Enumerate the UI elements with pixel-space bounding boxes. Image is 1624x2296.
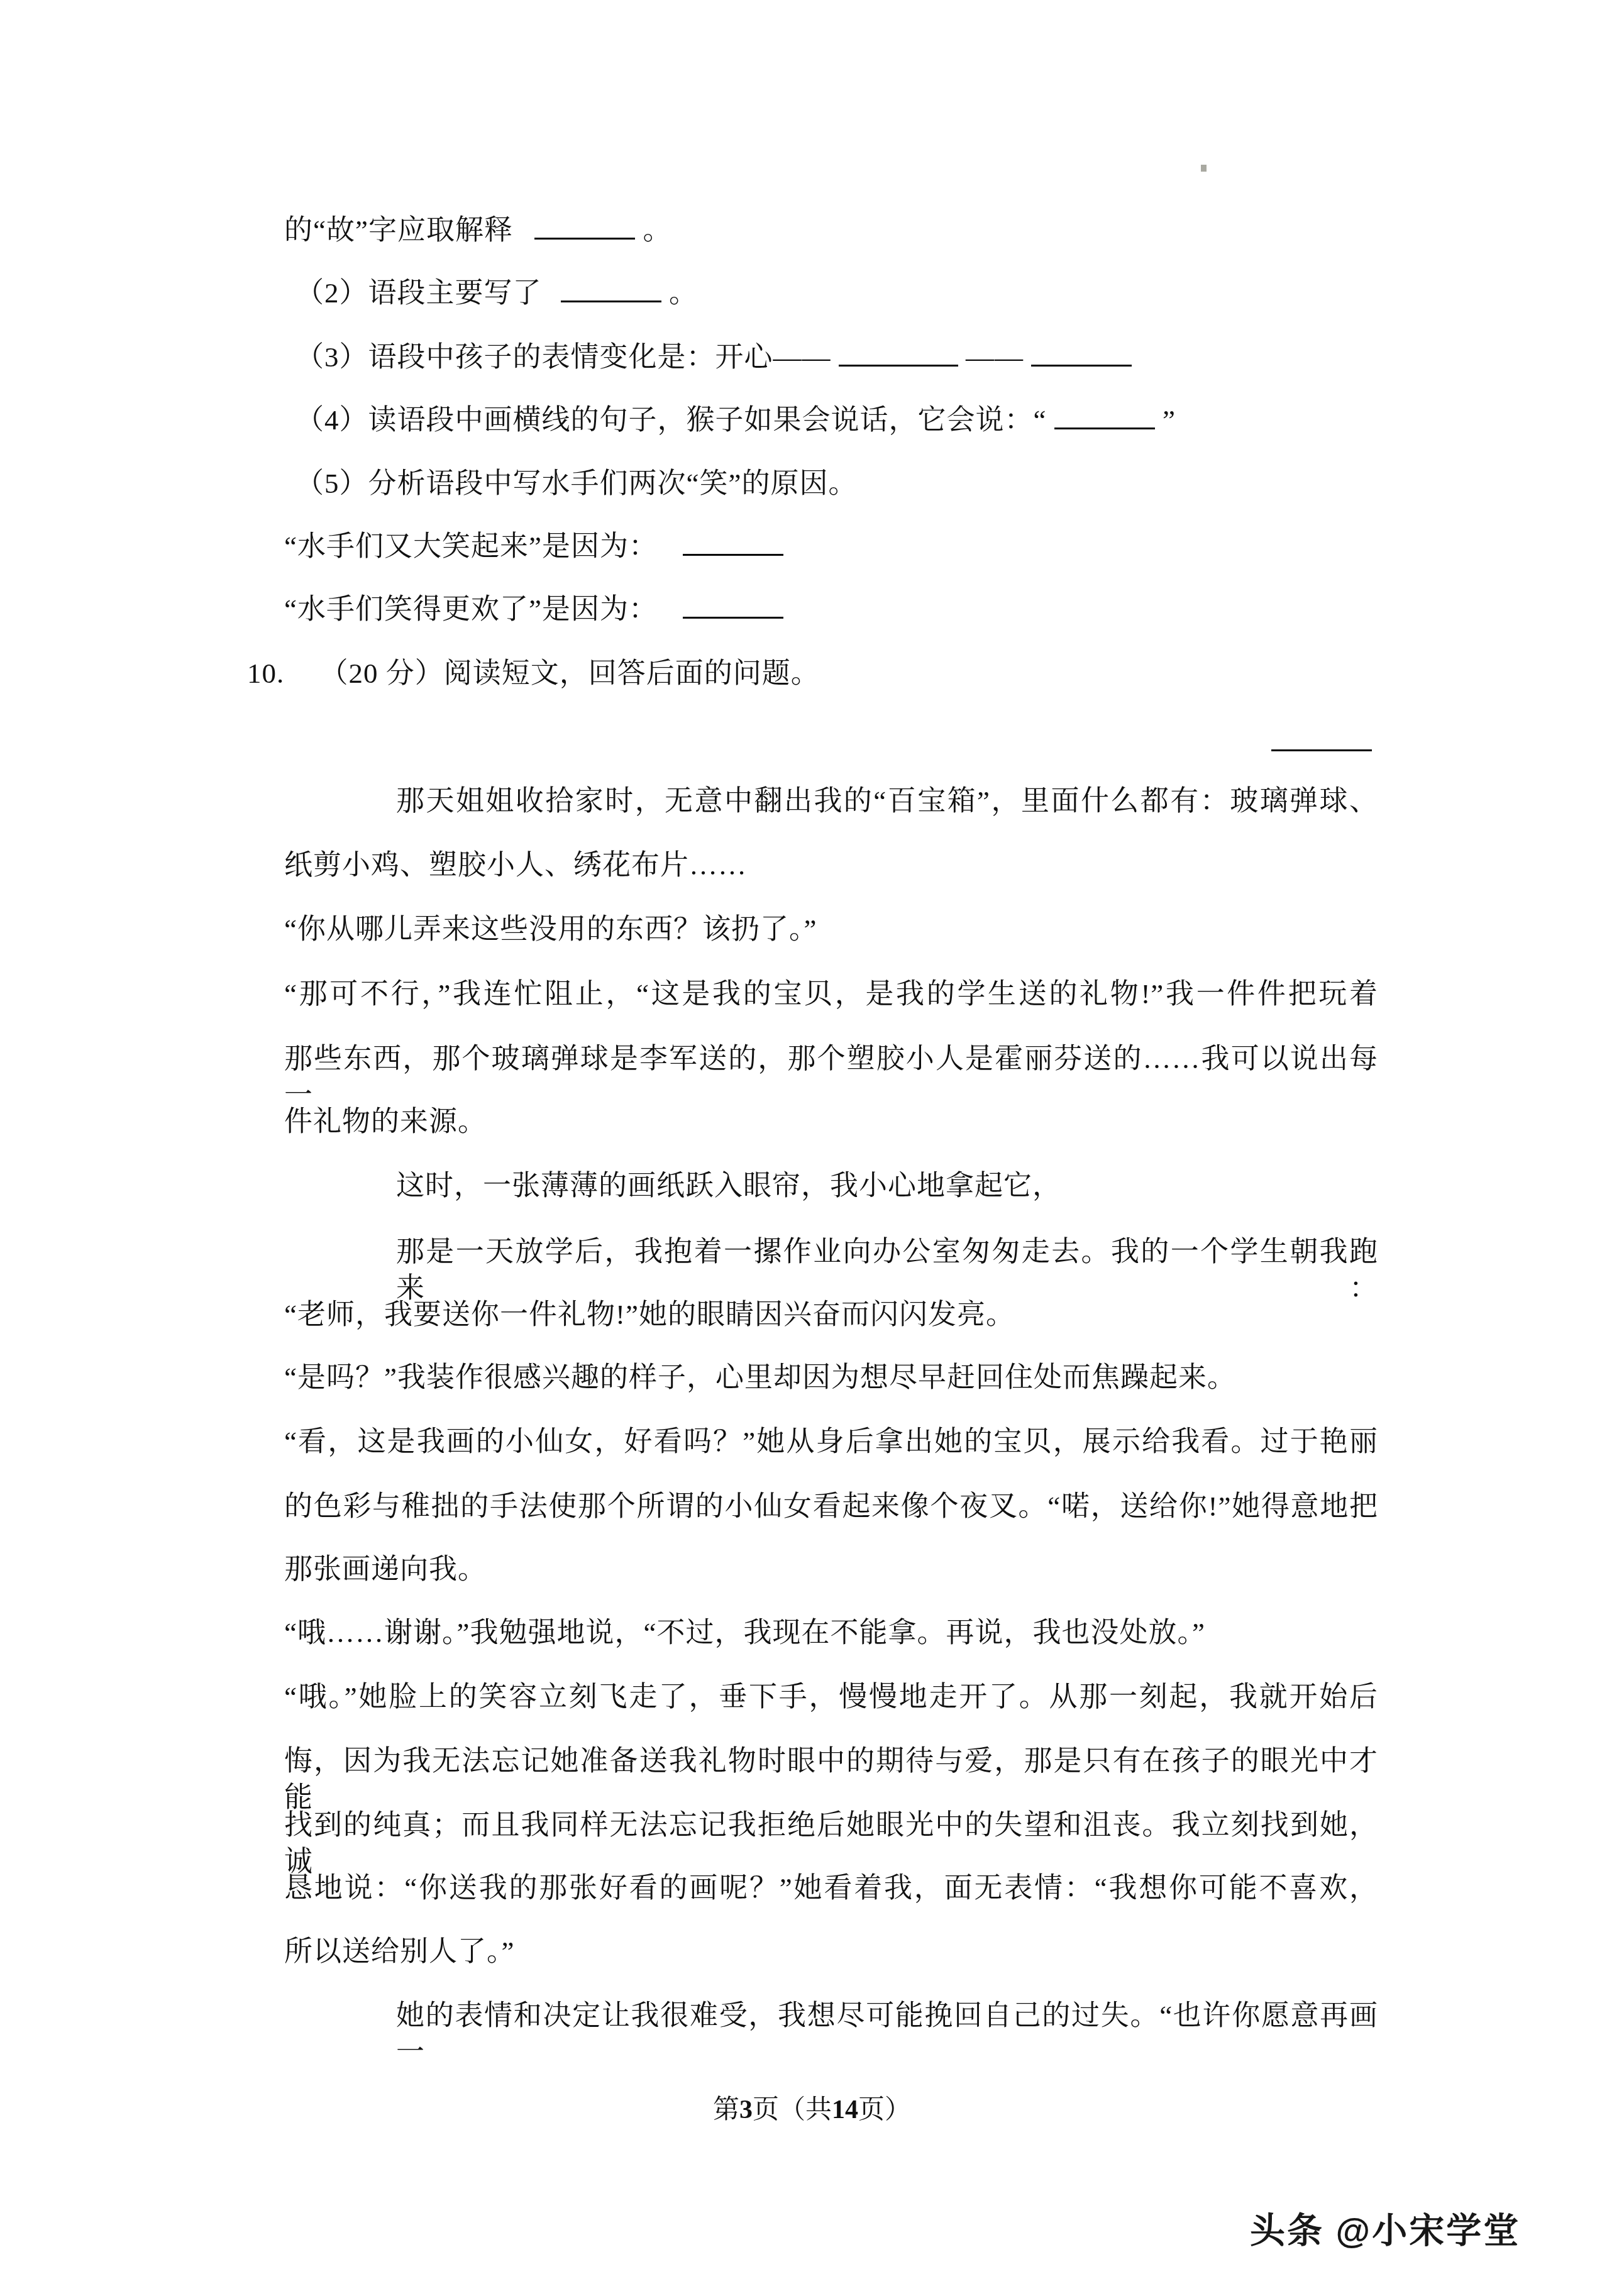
watermark-text: 头条 @小宋学堂 bbox=[1250, 2210, 1520, 2251]
question-line-7: “水手们笑得更欢了”是因为： bbox=[284, 591, 783, 627]
question-text: （5）分析语段中写水手们两次“笑”的原因。 bbox=[296, 468, 857, 499]
passage-line: 件礼物的来源。 bbox=[284, 1103, 487, 1140]
passage-line: “老师，我要送你一件礼物!”她的眼睛因兴奋而闪闪发亮。 bbox=[284, 1296, 1015, 1333]
passage-line: “你从哪儿弄来这些没用的东西？该扔了。” bbox=[284, 911, 817, 947]
question-line-3: （3）语段中孩子的表情变化是：开心—— —— bbox=[296, 339, 1132, 375]
passage-line: “是吗？”我装作很感兴趣的样子，心里却因为想尽早赶回住处而焦躁起来。 bbox=[284, 1359, 1236, 1396]
question-line-10: 10. （20 分）阅读短文，回答后面的问题。 bbox=[247, 655, 820, 692]
passage-line: 恳地说：“你送我的那张好看的画呢？”她看着我，面无表情：“我想你可能不喜欢， bbox=[284, 1870, 1378, 1906]
footer-total-pages: 14 bbox=[832, 2095, 858, 2124]
question-number: 10. bbox=[247, 658, 284, 689]
footer-text: 页（共 bbox=[753, 2095, 832, 2124]
question-line-1-continuation: 的“故”字应取解释 。 bbox=[284, 212, 671, 248]
passage-line: 找到的纯真；而且我同样无法忘记我拒绝后她眼光中的失望和沮丧。我立刻找到她，诚 bbox=[284, 1807, 1378, 1880]
passage-line: “哦……谢谢。”我勉强地说，“不过，我现在不能拿。再说，我也没处放。” bbox=[284, 1614, 1205, 1651]
passage-line: 那是一天放学后，我抱着一摞作业向办公室匆匆走去。我的一个学生朝我跑来： bbox=[396, 1234, 1378, 1306]
answer-blank bbox=[683, 529, 783, 556]
question-text: （3）语段中孩子的表情变化是：开心—— bbox=[296, 341, 831, 373]
question-text: —— bbox=[966, 341, 1024, 373]
answer-blank bbox=[1054, 402, 1155, 430]
question-text: “水手们笑得更欢了”是因为： bbox=[284, 593, 658, 625]
question-text: （20 分）阅读短文，回答后面的问题。 bbox=[320, 658, 820, 689]
footer-text: 页） bbox=[858, 2095, 911, 2124]
answer-blank bbox=[534, 212, 635, 240]
passage-line: “哦。”她脸上的笑容立刻飞走了，垂下手，慢慢地走开了。从那一刻起，我就开始后 bbox=[284, 1679, 1378, 1715]
question-text: 。 bbox=[643, 214, 671, 246]
question-text: ” bbox=[1163, 404, 1176, 436]
footer-page-number: 3 bbox=[739, 2095, 753, 2124]
question-line-4: （4）读语段中画横线的句子，猴子如果会说话，它会说：“ ” bbox=[296, 402, 1176, 438]
answer-blank bbox=[839, 339, 958, 367]
question-text: “水手们又大笑起来”是因为： bbox=[284, 531, 658, 562]
passage-line: 所以送给别人了。” bbox=[284, 1933, 514, 1970]
passage-line: 她的表情和决定让我很难受，我想尽可能挽回自己的过失。“也许你愿意再画一 bbox=[396, 1997, 1378, 2070]
answer-blank bbox=[1271, 749, 1372, 751]
answer-blank bbox=[1031, 339, 1132, 367]
passage-line: 那些东西，那个玻璃弹球是李军送的，那个塑胶小人是霍丽芬送的……我可以说出每一 bbox=[284, 1040, 1378, 1113]
answer-blank bbox=[561, 275, 661, 303]
passage-line: 那张画递向我。 bbox=[284, 1551, 487, 1587]
question-text: 的“故”字应取解释 bbox=[284, 214, 513, 246]
question-text: （2）语段主要写了 bbox=[296, 277, 542, 309]
page-footer: 第3页（共14页） bbox=[0, 2094, 1624, 2126]
question-text: 。 bbox=[669, 277, 698, 309]
passage-line: “看，这是我画的小仙女，好看吗？”她从身后拿出她的宝贝，展示给我看。过于艳丽 bbox=[284, 1423, 1378, 1460]
question-text: （4）读语段中画横线的句子，猴子如果会说话，它会说：“ bbox=[296, 404, 1046, 436]
passage-line: 的色彩与稚拙的手法使那个所谓的小仙女看起来像个夜叉。“喏，送给你!”她得意地把 bbox=[284, 1488, 1378, 1525]
passage-line: “那可不行，”我连忙阻止，“这是我的宝贝，是我的学生送的礼物!”我一件件把玩着 bbox=[284, 976, 1378, 1012]
footer-text: 第 bbox=[713, 2095, 739, 2124]
passage-line: 纸剪小鸡、塑胶小人、绣花布片…… bbox=[284, 847, 747, 883]
answer-blank bbox=[683, 592, 783, 619]
passage-line: 那天姐姐收拾家时，无意中翻出我的“百宝箱”，里面什么都有：玻璃弹球、 bbox=[396, 783, 1378, 819]
scan-artifact-speck bbox=[1201, 165, 1207, 172]
question-line-2: （2）语段主要写了 。 bbox=[296, 275, 698, 311]
question-line-5: （5）分析语段中写水手们两次“笑”的原因。 bbox=[296, 465, 857, 502]
passage-line: 悔，因为我无法忘记她准备送我礼物时眼中的期待与爱，那是只有在孩子的眼光中才能 bbox=[284, 1743, 1378, 1816]
exam-page: { "document": { "questions": { "q1_conti… bbox=[0, 0, 1624, 2296]
passage-line: 这时，一张薄薄的画纸跃入眼帘，我小心地拿起它， bbox=[396, 1167, 1061, 1204]
question-line-6: “水手们又大笑起来”是因为： bbox=[284, 528, 783, 565]
